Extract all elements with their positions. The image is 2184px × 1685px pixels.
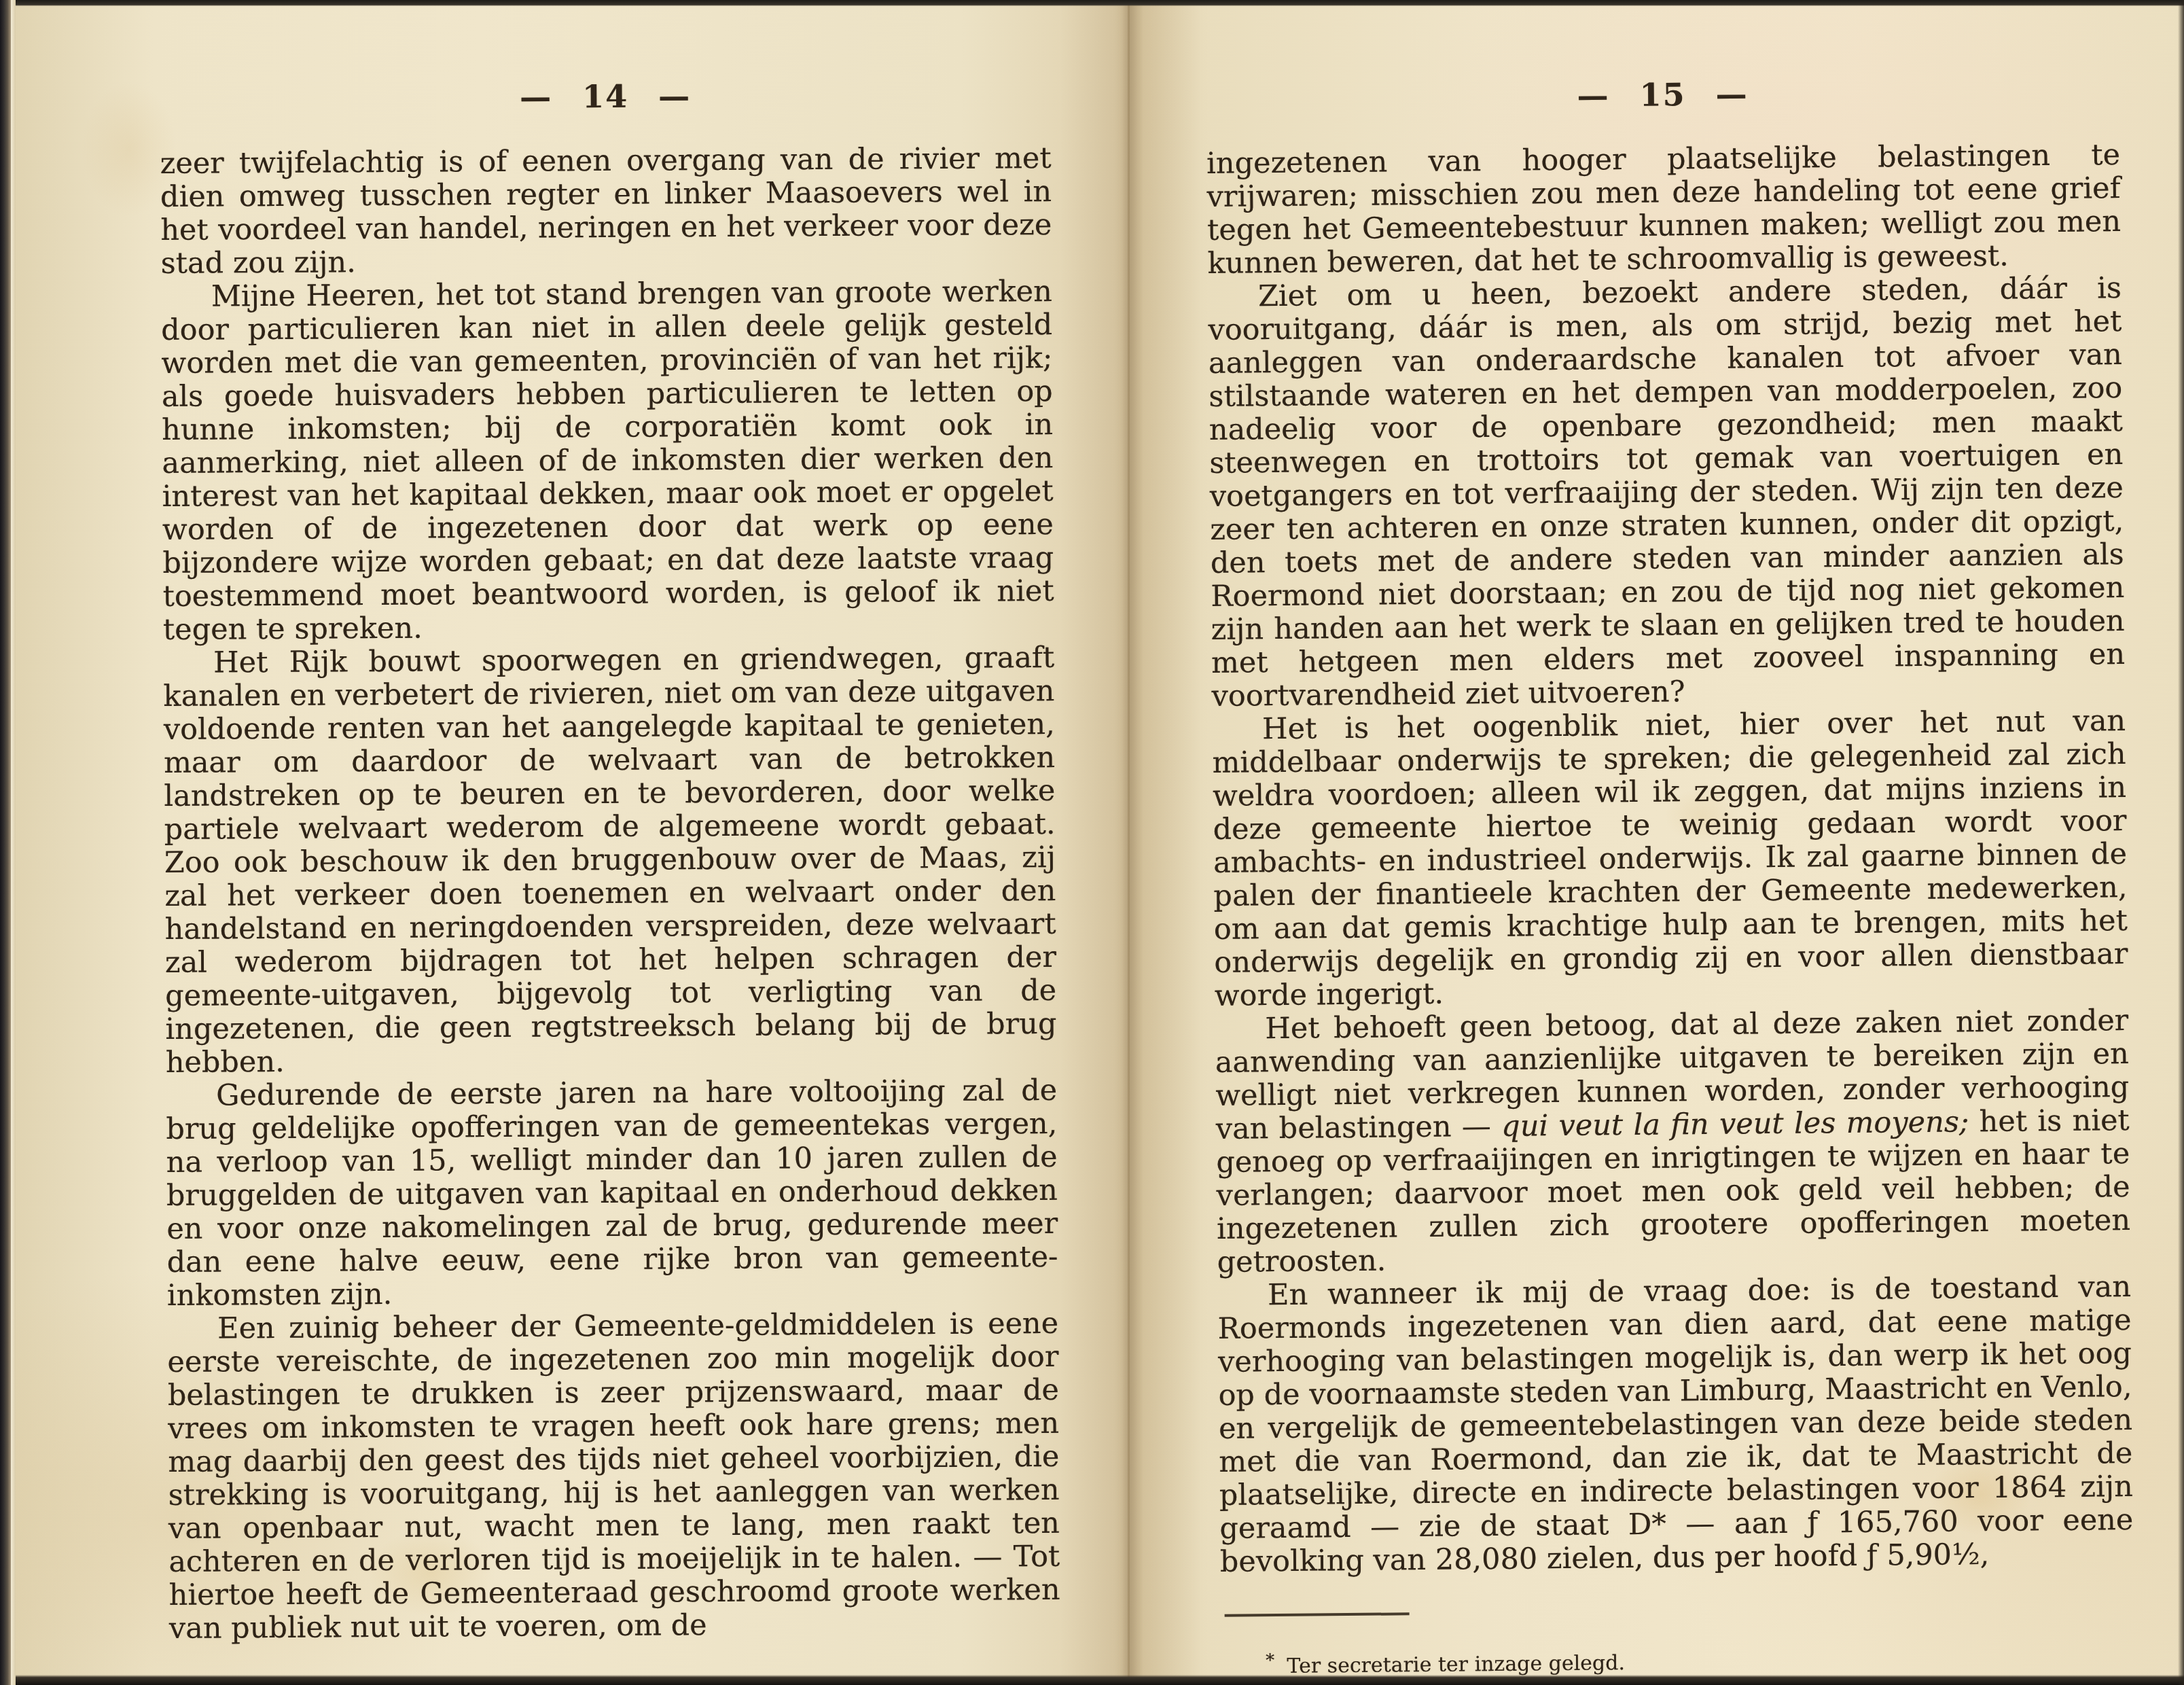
scan-edge-bottom <box>0 1675 2184 1685</box>
scan-edge-top <box>0 0 2184 6</box>
paragraph: Een zuinig beheer der Gemeente-geldmidde… <box>167 1307 1060 1646</box>
page-15: — 15 — ingezetenen van hooger plaatselij… <box>1206 74 2135 1680</box>
paragraph: zeer twijfelachtig is of eenen overgang … <box>160 142 1052 281</box>
paragraph: ingezetenen van hooger plaatselijke bela… <box>1206 139 2122 281</box>
paragraph: Het Rijk bouwt spoorwegen en griendwegen… <box>163 641 1057 1080</box>
book-gutter-crease <box>1128 0 1130 1685</box>
italic-phrase: qui veut la fin veut les moyens; <box>1501 1105 1969 1143</box>
paragraph: En wanneer ik mij de vraag doe: is de to… <box>1217 1271 2134 1579</box>
scan-edge-left <box>0 0 11 1685</box>
scan-edge-right <box>2178 0 2184 1685</box>
page-14: — 14 — zeer twijfelachtig is of eenen ov… <box>160 77 1060 1646</box>
footnote-rule <box>1225 1612 1410 1617</box>
footnote-marker: * <box>1266 1650 1287 1671</box>
book-scan: — 14 — zeer twijfelachtig is of eenen ov… <box>0 0 2184 1685</box>
paragraph: Mijne Heeren, het tot stand brengen van … <box>161 275 1054 647</box>
page-stack-edge <box>11 0 16 1685</box>
paragraph: Gedurende de eerste jaren na hare voltoo… <box>166 1074 1058 1313</box>
book-gutter-shadow <box>1060 0 1209 1685</box>
paragraph: Ziet om u heen, bezoekt andere steden, d… <box>1208 272 2126 713</box>
footnote-text: Ter secretarie ter inzage gelegd. <box>1287 1651 1625 1678</box>
paragraph-with-italic: Het behoeft geen betoog, dat al deze zak… <box>1215 1004 2131 1279</box>
paragraph: Het is het oogenblik niet, hier over het… <box>1212 705 2128 1013</box>
page-14-number: — 14 — <box>160 77 1051 116</box>
